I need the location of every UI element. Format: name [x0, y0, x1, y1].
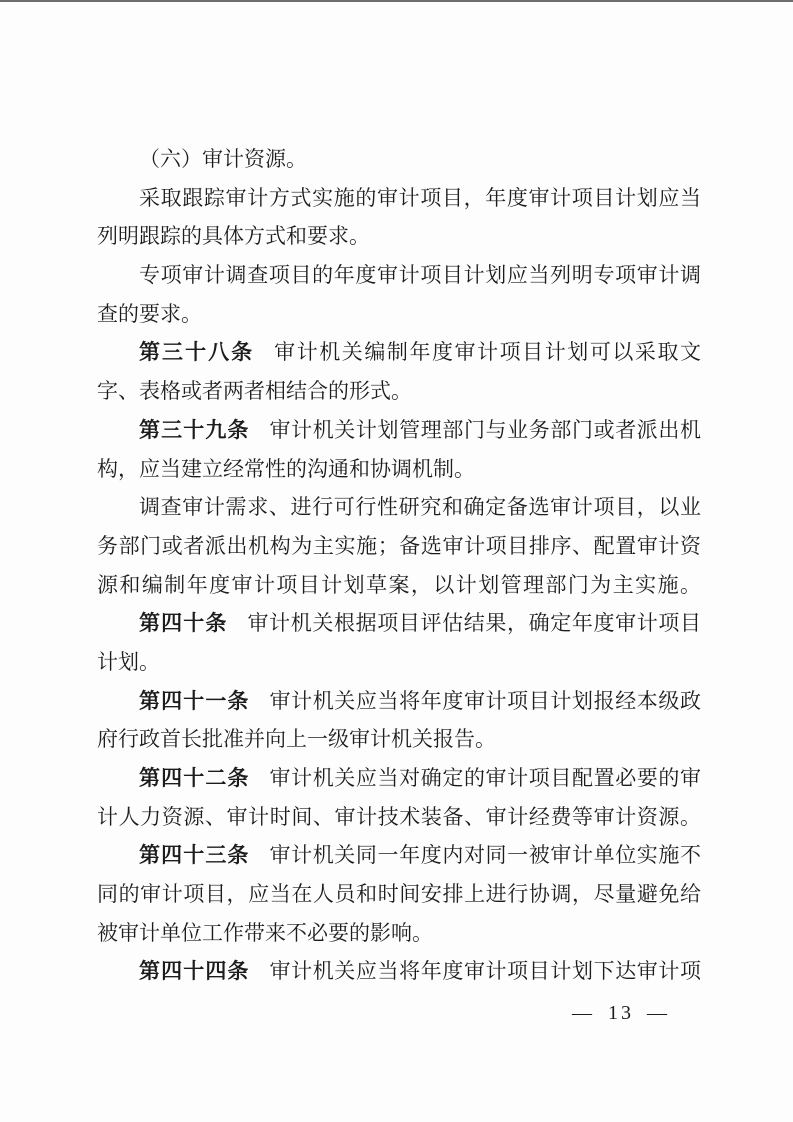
text-line: 构，应当建立经常性的沟通和协调机制。 — [97, 450, 701, 489]
text-segment: 专项审计调查项目的年度审计项目计划应当列明专项审计调 — [139, 263, 701, 287]
text-segment: 源和编制年度审计项目计划草案，以计划管理部门为主实施。 — [97, 573, 701, 597]
text-segment: 构，应当建立经常性的沟通和协调机制。 — [97, 457, 475, 481]
article-number: 第四十四条 — [139, 960, 250, 983]
article-number: 第三十九条 — [139, 419, 250, 442]
scan-edge-top — [0, 0, 793, 2]
text-segment: 审计机关编制年度审计项目计划可以采取文 — [274, 340, 701, 364]
text-segment: 列明跟踪的具体方式和要求。 — [97, 224, 370, 248]
text-line: 务部门或者派出机构为主实施；备选审计项目排序、配置审计资 — [97, 527, 701, 566]
text-segment: 审计机关应当将年度审计项目计划下达审计项 — [269, 959, 701, 983]
text-segment: 同的审计项目，应当在人员和时间安排上进行协调，尽量避免给 — [97, 882, 701, 906]
text-line: 第三十八条审计机关编制年度审计项目计划可以采取文 — [97, 333, 701, 372]
text-line: 计划。 — [97, 643, 701, 682]
text-line: 调查审计需求、进行可行性研究和确定备选审计项目，以业 — [97, 488, 701, 527]
text-segment: 审计机关同一年度内对同一被审计单位实施不 — [269, 843, 701, 867]
article-number: 第四十条 — [139, 612, 228, 635]
text-line: 源和编制年度审计项目计划草案，以计划管理部门为主实施。 — [97, 566, 701, 605]
text-line: 查的要求。 — [97, 295, 701, 334]
text-segment: 查的要求。 — [97, 302, 202, 326]
text-line: 第四十条审计机关根据项目评估结果，确定年度审计项目 — [97, 604, 701, 643]
text-line: 第四十三条审计机关同一年度内对同一被审计单位实施不 — [97, 836, 701, 875]
text-segment: 审计机关根据项目评估结果，确定年度审计项目 — [247, 611, 701, 635]
article-number: 第四十二条 — [139, 767, 250, 790]
text-line: 府行政首长批准并向上一级审计机关报告。 — [97, 720, 701, 759]
text-line: 第四十四条审计机关应当将年度审计项目计划下达审计项 — [97, 952, 701, 991]
text-segment: 计人力资源、审计时间、审计技术装备、审计经费等审计资源。 — [97, 805, 701, 829]
text-segment: 字、表格或者两者相结合的形式。 — [97, 379, 412, 403]
text-segment: 调查审计需求、进行可行性研究和确定备选审计项目，以业 — [139, 495, 701, 519]
text-line: 第四十二条审计机关应当对确定的审计项目配置必要的审 — [97, 759, 701, 798]
article-number: 第四十一条 — [139, 690, 250, 713]
text-line: 被审计单位工作带来不必要的影响。 — [97, 914, 701, 953]
text-line: 专项审计调查项目的年度审计项目计划应当列明专项审计调 — [97, 256, 701, 295]
text-line: 同的审计项目，应当在人员和时间安排上进行协调，尽量避免给 — [97, 875, 701, 914]
article-number: 第四十三条 — [139, 844, 250, 867]
text-line: 第三十九条审计机关计划管理部门与业务部门或者派出机 — [97, 411, 701, 450]
text-line: 字、表格或者两者相结合的形式。 — [97, 372, 701, 411]
text-segment: 审计机关应当将年度审计项目计划报经本级政 — [269, 689, 701, 713]
text-segment: 审计机关应当对确定的审计项目配置必要的审 — [269, 766, 701, 790]
page-number: — 13 — — [0, 1002, 670, 1025]
text-line: 第四十一条审计机关应当将年度审计项目计划报经本级政 — [97, 682, 701, 721]
text-line: 计人力资源、审计时间、审计技术装备、审计经费等审计资源。 — [97, 798, 701, 837]
article-number: 第三十八条 — [139, 341, 254, 364]
text-line: 列明跟踪的具体方式和要求。 — [97, 217, 701, 256]
text-segment: 采取跟踪审计方式实施的审计项目，年度审计项目计划应当 — [139, 186, 701, 210]
text-segment: 计划。 — [97, 650, 160, 674]
text-segment: 被审计单位工作带来不必要的影响。 — [97, 921, 433, 945]
document-page: （六）审计资源。采取跟踪审计方式实施的审计项目，年度审计项目计划应当列明跟踪的具… — [0, 0, 793, 1122]
text-segment: 府行政首长批准并向上一级审计机关报告。 — [97, 727, 496, 751]
document-body: （六）审计资源。采取跟踪审计方式实施的审计项目，年度审计项目计划应当列明跟踪的具… — [97, 140, 701, 991]
text-segment: 务部门或者派出机构为主实施；备选审计项目排序、配置审计资 — [97, 534, 701, 558]
text-segment: 审计机关计划管理部门与业务部门或者派出机 — [269, 418, 701, 442]
text-line: （六）审计资源。 — [97, 140, 701, 179]
text-segment: （六）审计资源。 — [139, 147, 307, 171]
text-line: 采取跟踪审计方式实施的审计项目，年度审计项目计划应当 — [97, 179, 701, 218]
